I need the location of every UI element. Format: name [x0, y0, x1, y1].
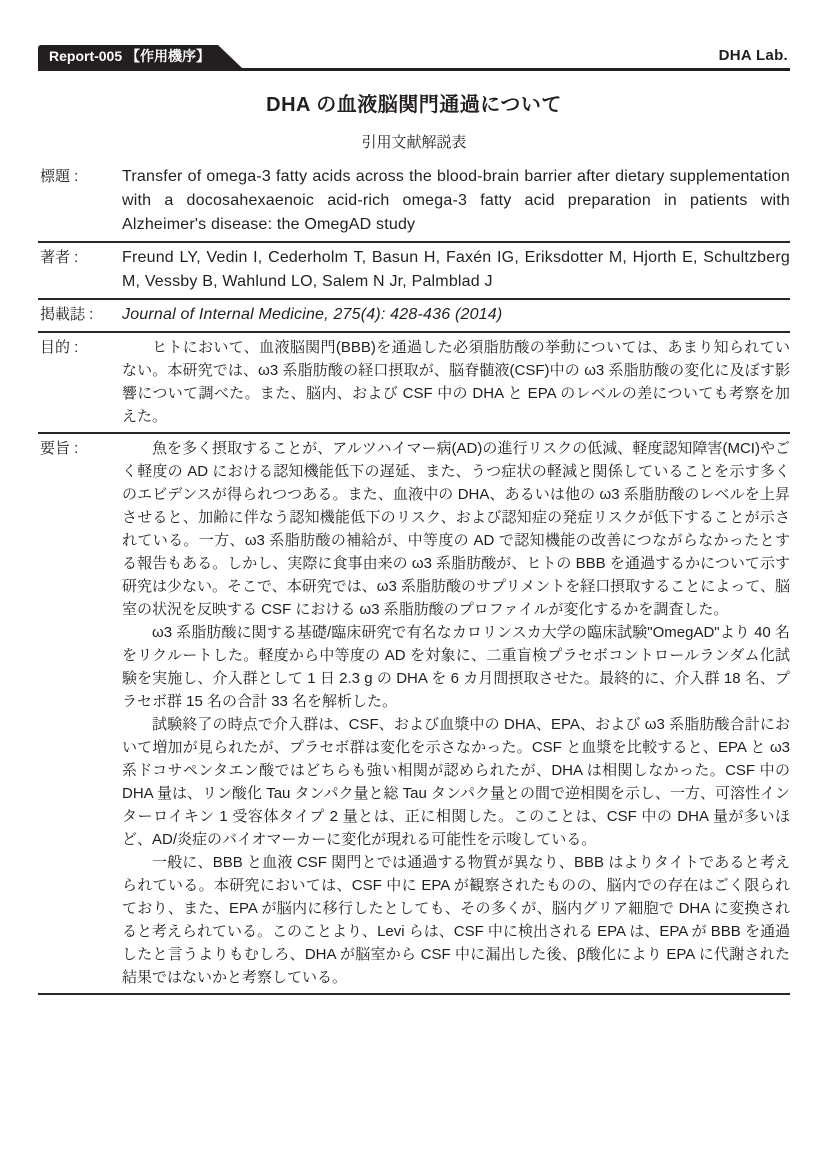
paper-title-label: 標題 :	[38, 165, 122, 188]
page-title: DHA の血液脳関門通過について	[38, 88, 790, 117]
banner-slant-shape	[218, 45, 242, 68]
purpose-paragraph: ヒトにおいて、血液脳関門(BBB)を通過した必須脂肪酸の挙動については、あまり知…	[122, 336, 790, 428]
summary-paragraph-1: 魚を多く摂取することが、アルツハイマー病(AD)の進行リスクの低減、軽度認知障害…	[122, 437, 790, 621]
paper-title-text: Transfer of omega-3 fatty acids across t…	[122, 165, 790, 237]
header-bar: Report-005 【作用機序】 DHA Lab.	[38, 45, 790, 71]
row-authors: 著者 : Freund LY, Vedin I, Cederholm T, Ba…	[38, 243, 790, 300]
report-banner-label: Report-005 【作用機序】	[49, 48, 210, 64]
purpose-label: 目的 :	[38, 336, 122, 359]
row-summary: 要旨 : 魚を多く摂取することが、アルツハイマー病(AD)の進行リスクの低減、軽…	[38, 434, 790, 995]
row-paper-title: 標題 : Transfer of omega-3 fatty acids acr…	[38, 162, 790, 243]
journal-label: 掲載誌 :	[38, 303, 122, 326]
authors-label: 著者 :	[38, 246, 122, 269]
authors-text: Freund LY, Vedin I, Cederholm T, Basun H…	[122, 246, 790, 294]
summary-paragraph-4: 一般に、BBB と血液 CSF 関門とでは通過する物質が異なり、BBB はよりタ…	[122, 851, 790, 989]
row-journal: 掲載誌 : Journal of Internal Medicine, 275(…	[38, 300, 790, 333]
page-subtitle: 引用文献解説表	[38, 131, 790, 152]
report-banner: Report-005 【作用機序】	[38, 45, 218, 68]
document-page: Report-005 【作用機序】 DHA Lab. DHA の血液脳関門通過に…	[0, 0, 828, 995]
lab-label: DHA Lab.	[719, 47, 788, 64]
journal-text: Journal of Internal Medicine, 275(4): 42…	[122, 303, 790, 327]
summary-text: 魚を多く摂取することが、アルツハイマー病(AD)の進行リスクの低減、軽度認知障害…	[122, 437, 790, 989]
reference-table: 標題 : Transfer of omega-3 fatty acids acr…	[38, 162, 790, 995]
row-purpose: 目的 : ヒトにおいて、血液脳関門(BBB)を通過した必須脂肪酸の挙動については…	[38, 333, 790, 434]
purpose-text: ヒトにおいて、血液脳関門(BBB)を通過した必須脂肪酸の挙動については、あまり知…	[122, 336, 790, 428]
summary-paragraph-3: 試験終了の時点で介入群は、CSF、および血漿中の DHA、EPA、および ω3 …	[122, 713, 790, 851]
summary-paragraph-2: ω3 系脂肪酸に関する基礎/臨床研究で有名なカロリンスカ大学の臨床試験"Omeg…	[122, 621, 790, 713]
summary-label: 要旨 :	[38, 437, 122, 460]
